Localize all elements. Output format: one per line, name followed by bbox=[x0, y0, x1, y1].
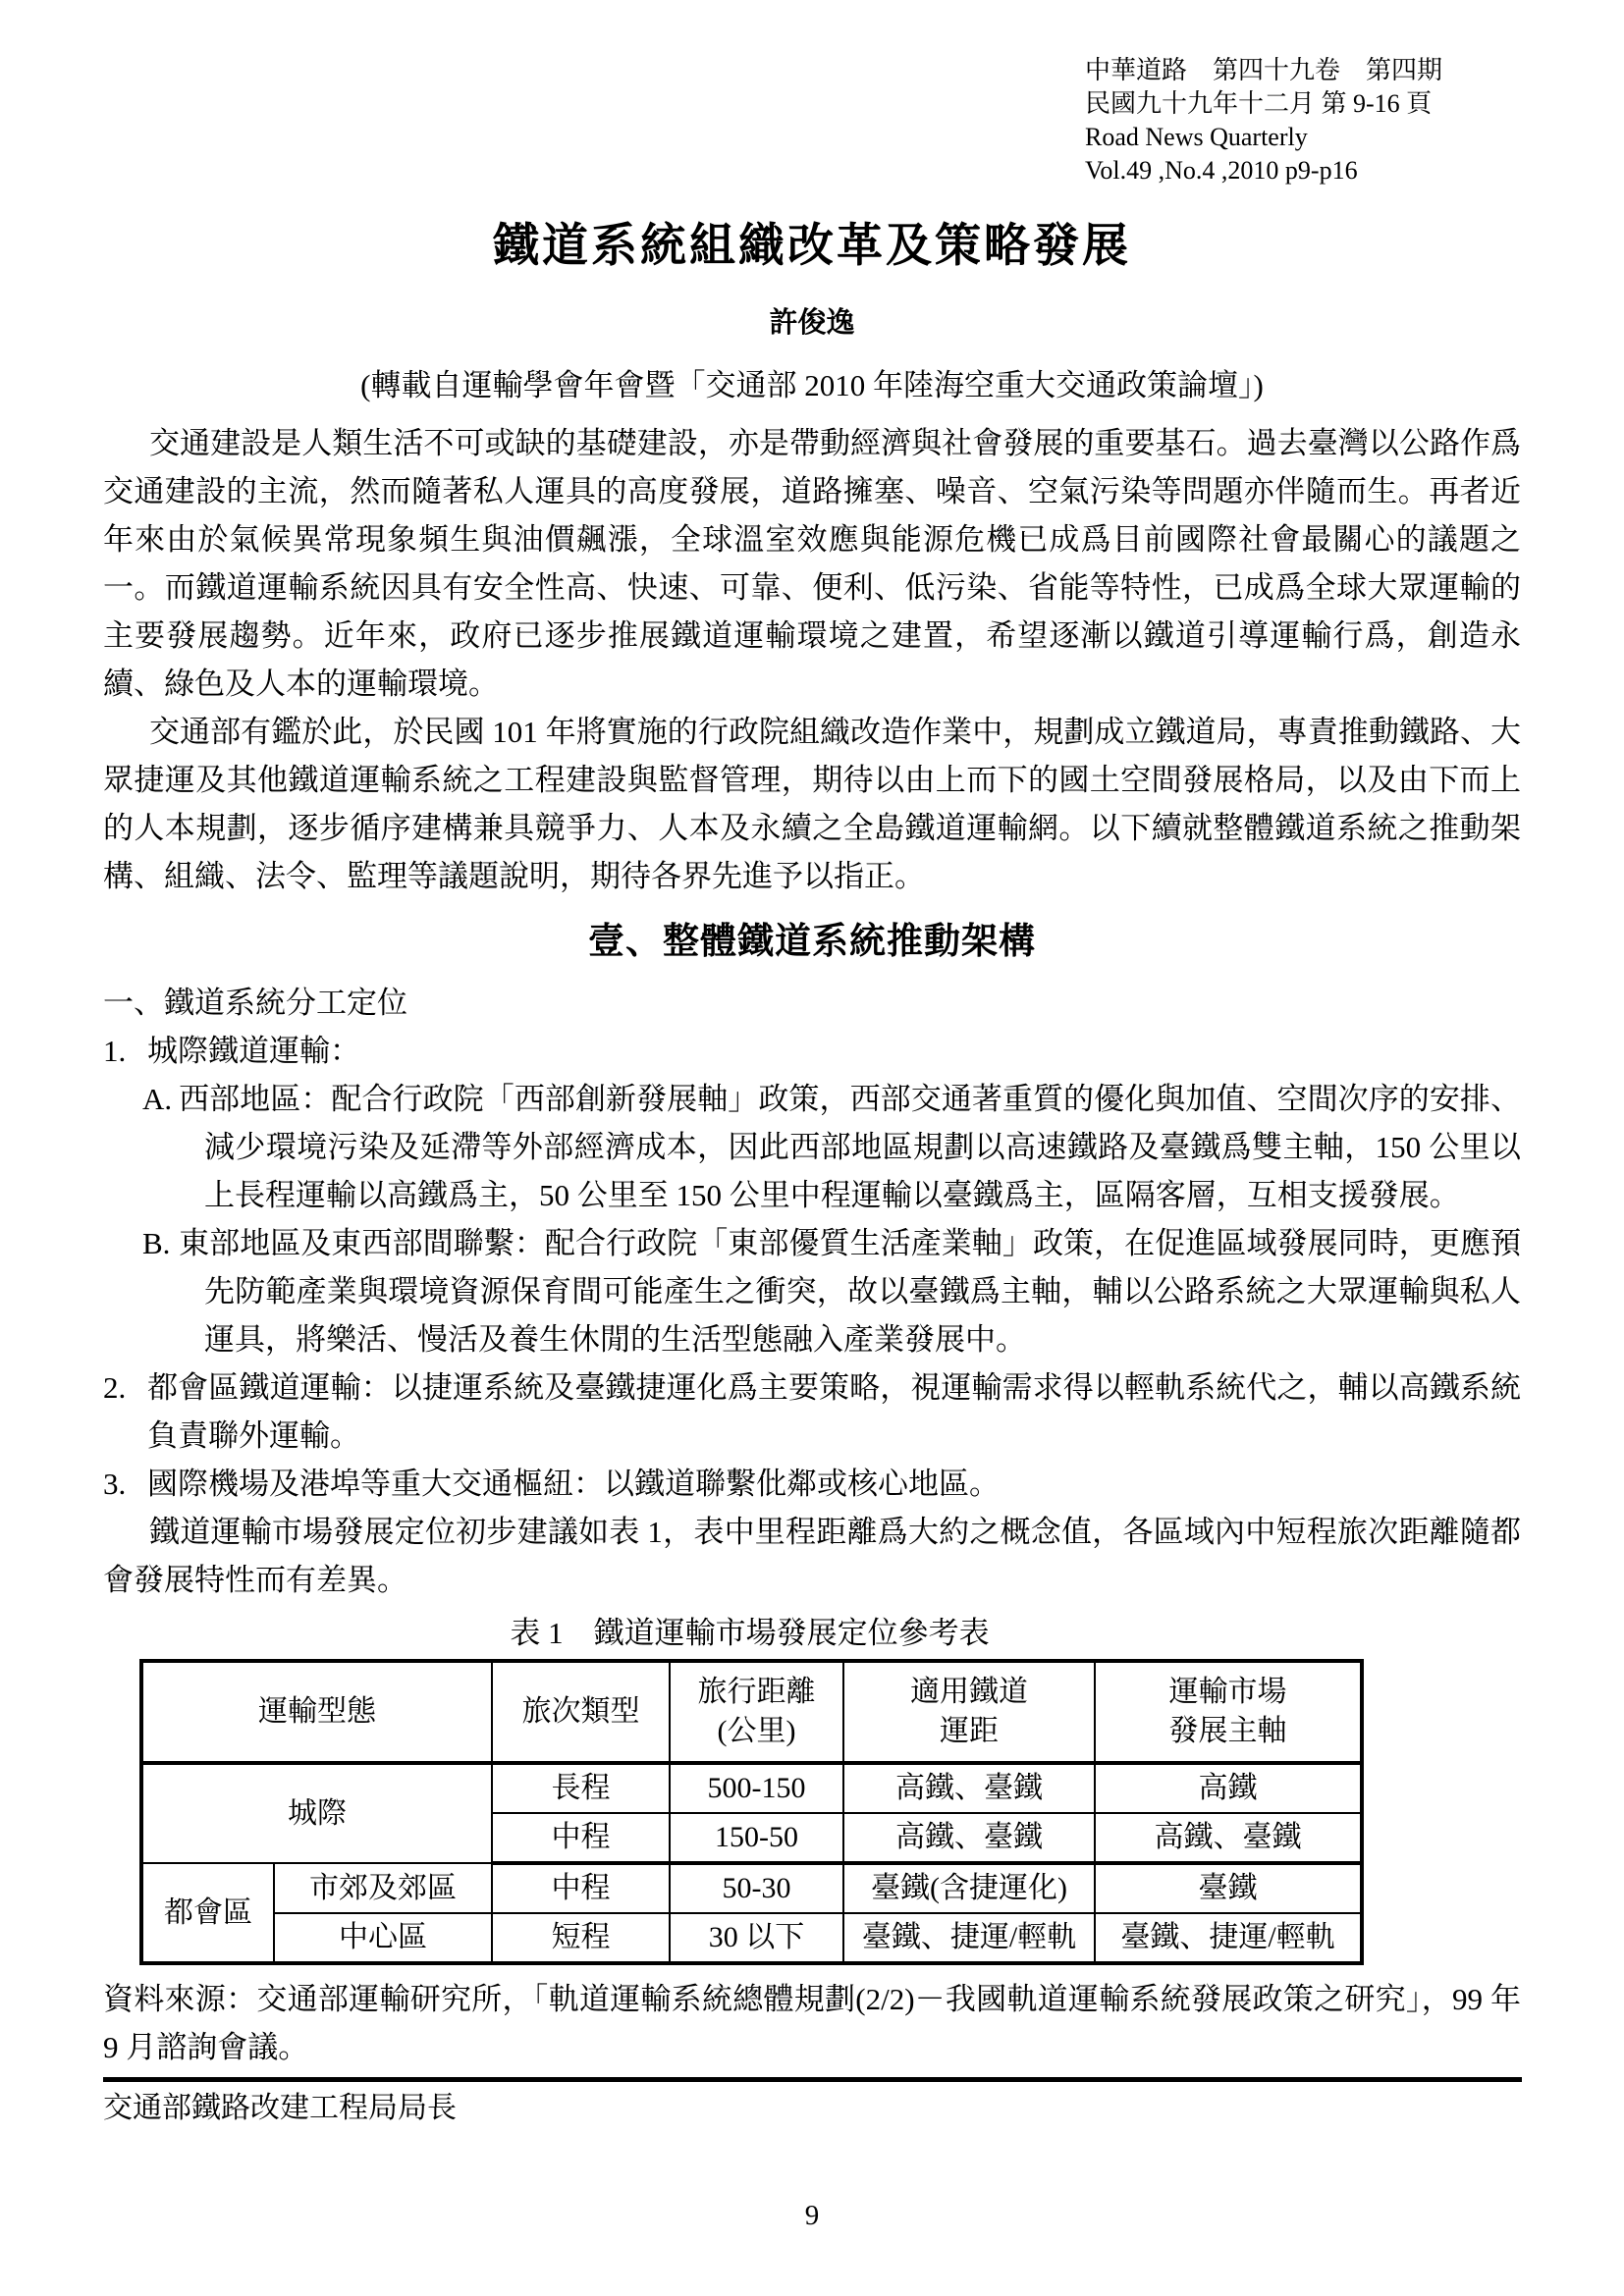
journal-header: 中華道路 第四十九卷 第四期 民國九十九年十二月 第 9-16 頁 Road N… bbox=[1085, 54, 1521, 187]
sub-item-a-marker: A. bbox=[142, 1075, 179, 1123]
section-heading: 壹、整體鐵道系統推動架構 bbox=[103, 916, 1521, 967]
cell-r1-distance: 500-150 bbox=[670, 1763, 843, 1813]
page-number: 9 bbox=[103, 2192, 1521, 2240]
list-item-2-marker: 2. bbox=[103, 1363, 147, 1412]
header-cell-type: 運輸型態 bbox=[141, 1661, 492, 1763]
author-affiliation: 交通部鐵路改建工程局局長 bbox=[103, 2086, 1521, 2131]
list-item-3: 3.國際機場及港埠等重大交通樞紐：以鐵道聯繫仳鄰或核心地區。 bbox=[103, 1460, 1521, 1508]
cell-r3-axis: 臺鐵 bbox=[1095, 1863, 1362, 1913]
cell-r2-trip: 中程 bbox=[492, 1813, 670, 1863]
sub-item-b-text: 東部地區及東西部間聯繫：配合行政院「東部優質生活產業軸」政策，在促進區域發展同時… bbox=[179, 1226, 1521, 1357]
journal-header-line-3: Road News Quarterly bbox=[1085, 121, 1521, 154]
cell-r2-axis: 高鐵、臺鐵 bbox=[1095, 1813, 1362, 1863]
cell-r4-trip: 短程 bbox=[492, 1913, 670, 1963]
table-1-container: 表 1 鐵道運輸市場發展定位參考表 運輸型態 旅次類型 旅行距離 (公里) 適用… bbox=[139, 1612, 1360, 1965]
cell-r1-trip: 長程 bbox=[492, 1763, 670, 1813]
table-header-row: 運輸型態 旅次類型 旅行距離 (公里) 適用鐵道 運距 運輸市場 發展主軸 bbox=[141, 1661, 1362, 1763]
author-name: 許俊逸 bbox=[103, 303, 1521, 343]
sub-item-a-text: 西部地區：配合行政院「西部創新發展軸」政策，西部交通著重質的優化與加值、空間次序… bbox=[179, 1082, 1521, 1212]
table-row-metro-suburb: 都會區 市郊及郊區 中程 50-30 臺鐵(含捷運化) 臺鐵 bbox=[141, 1863, 1362, 1913]
paragraph-3: 鐵道運輸市場發展定位初步建議如表 1，表中里程距離爲大約之概念值，各區域內中短程… bbox=[103, 1508, 1521, 1604]
cell-r3-distance: 50-30 bbox=[670, 1863, 843, 1913]
cell-r3-railway: 臺鐵(含捷運化) bbox=[843, 1863, 1095, 1913]
journal-header-line-4: Vol.49 ,No.4 ,2010 p9-p16 bbox=[1085, 154, 1521, 187]
group-cell-intercity: 城際 bbox=[141, 1763, 492, 1863]
sub-item-a: A.西部地區：配合行政院「西部創新發展軸」政策，西部交通著重質的優化與加值、空間… bbox=[142, 1075, 1521, 1219]
list-item-1-text: 城際鐵道運輸： bbox=[147, 1034, 360, 1068]
cell-r4-zone: 中心區 bbox=[274, 1913, 492, 1963]
cell-r4-axis: 臺鐵、捷運/輕軌 bbox=[1095, 1913, 1362, 1963]
group-cell-metro: 都會區 bbox=[141, 1863, 274, 1963]
paragraph-1: 交通建設是人類生活不可或缺的基礎建設，亦是帶動經濟與社會發展的重要基石。過去臺灣… bbox=[103, 419, 1521, 708]
table-row-metro-center: 中心區 短程 30 以下 臺鐵、捷運/輕軌 臺鐵、捷運/輕軌 bbox=[141, 1913, 1362, 1963]
source-note: 資料來源：交通部運輸研究所，「軌道運輸系統總體規劃(2/2)－我國軌道運輸系統發… bbox=[103, 1975, 1521, 2071]
paragraph-2: 交通部有鑑於此，於民國 101 年將實施的行政院組織改造作業中，規劃成立鐵道局，… bbox=[103, 708, 1521, 900]
sub-item-b: B.東部地區及東西部間聯繫：配合行政院「東部優質生活產業軸」政策，在促進區域發展… bbox=[142, 1219, 1521, 1363]
cell-r1-axis: 高鐵 bbox=[1095, 1763, 1362, 1813]
header-cell-railway: 適用鐵道 運距 bbox=[843, 1661, 1095, 1763]
journal-header-line-2: 民國九十九年十二月 第 9-16 頁 bbox=[1085, 87, 1521, 121]
cell-r3-zone: 市郊及郊區 bbox=[274, 1863, 492, 1913]
cell-r4-distance: 30 以下 bbox=[670, 1913, 843, 1963]
header-cell-axis: 運輸市場 發展主軸 bbox=[1095, 1661, 1362, 1763]
header-cell-trip: 旅次類型 bbox=[492, 1661, 670, 1763]
table-caption: 表 1 鐵道運輸市場發展定位參考表 bbox=[139, 1612, 1360, 1655]
journal-header-line-1: 中華道路 第四十九卷 第四期 bbox=[1085, 54, 1521, 87]
list-item-1: 1.城際鐵道運輸： bbox=[103, 1027, 1521, 1075]
document-page: 中華道路 第四十九卷 第四期 民國九十九年十二月 第 9-16 頁 Road N… bbox=[0, 0, 1624, 2296]
footnote-divider bbox=[103, 2077, 1522, 2082]
list-item-3-text: 國際機場及港埠等重大交通樞紐：以鐵道聯繫仳鄰或核心地區。 bbox=[147, 1467, 1000, 1501]
market-positioning-table: 運輸型態 旅次類型 旅行距離 (公里) 適用鐵道 運距 運輸市場 發展主軸 城際… bbox=[139, 1659, 1364, 1965]
list-item-2-text: 都會區鐵道運輸：以捷運系統及臺鐵捷運化爲主要策略，視運輸需求得以輕軌系統代之，輔… bbox=[147, 1370, 1521, 1453]
cell-r2-distance: 150-50 bbox=[670, 1813, 843, 1863]
reprint-note: (轉載自運輸學會年會暨「交通部 2010 年陸海空重大交通政策論壇」) bbox=[103, 364, 1521, 407]
article-title: 鐵道系統組織改革及策略發展 bbox=[103, 217, 1521, 276]
cell-r2-railway: 高鐵、臺鐵 bbox=[843, 1813, 1095, 1863]
subsection-heading: 一、鐵道系統分工定位 bbox=[103, 979, 1521, 1027]
cell-r4-railway: 臺鐵、捷運/輕軌 bbox=[843, 1913, 1095, 1963]
list-item-3-marker: 3. bbox=[103, 1460, 147, 1508]
cell-r3-trip: 中程 bbox=[492, 1863, 670, 1913]
sub-item-b-marker: B. bbox=[142, 1219, 179, 1267]
cell-r1-railway: 高鐵、臺鐵 bbox=[843, 1763, 1095, 1813]
list-item-2: 2.都會區鐵道運輸：以捷運系統及臺鐵捷運化爲主要策略，視運輸需求得以輕軌系統代之… bbox=[103, 1363, 1521, 1460]
list-item-1-marker: 1. bbox=[103, 1027, 147, 1075]
table-row-intercity-long: 城際 長程 500-150 高鐵、臺鐵 高鐵 bbox=[141, 1763, 1362, 1813]
header-cell-distance: 旅行距離 (公里) bbox=[670, 1661, 843, 1763]
